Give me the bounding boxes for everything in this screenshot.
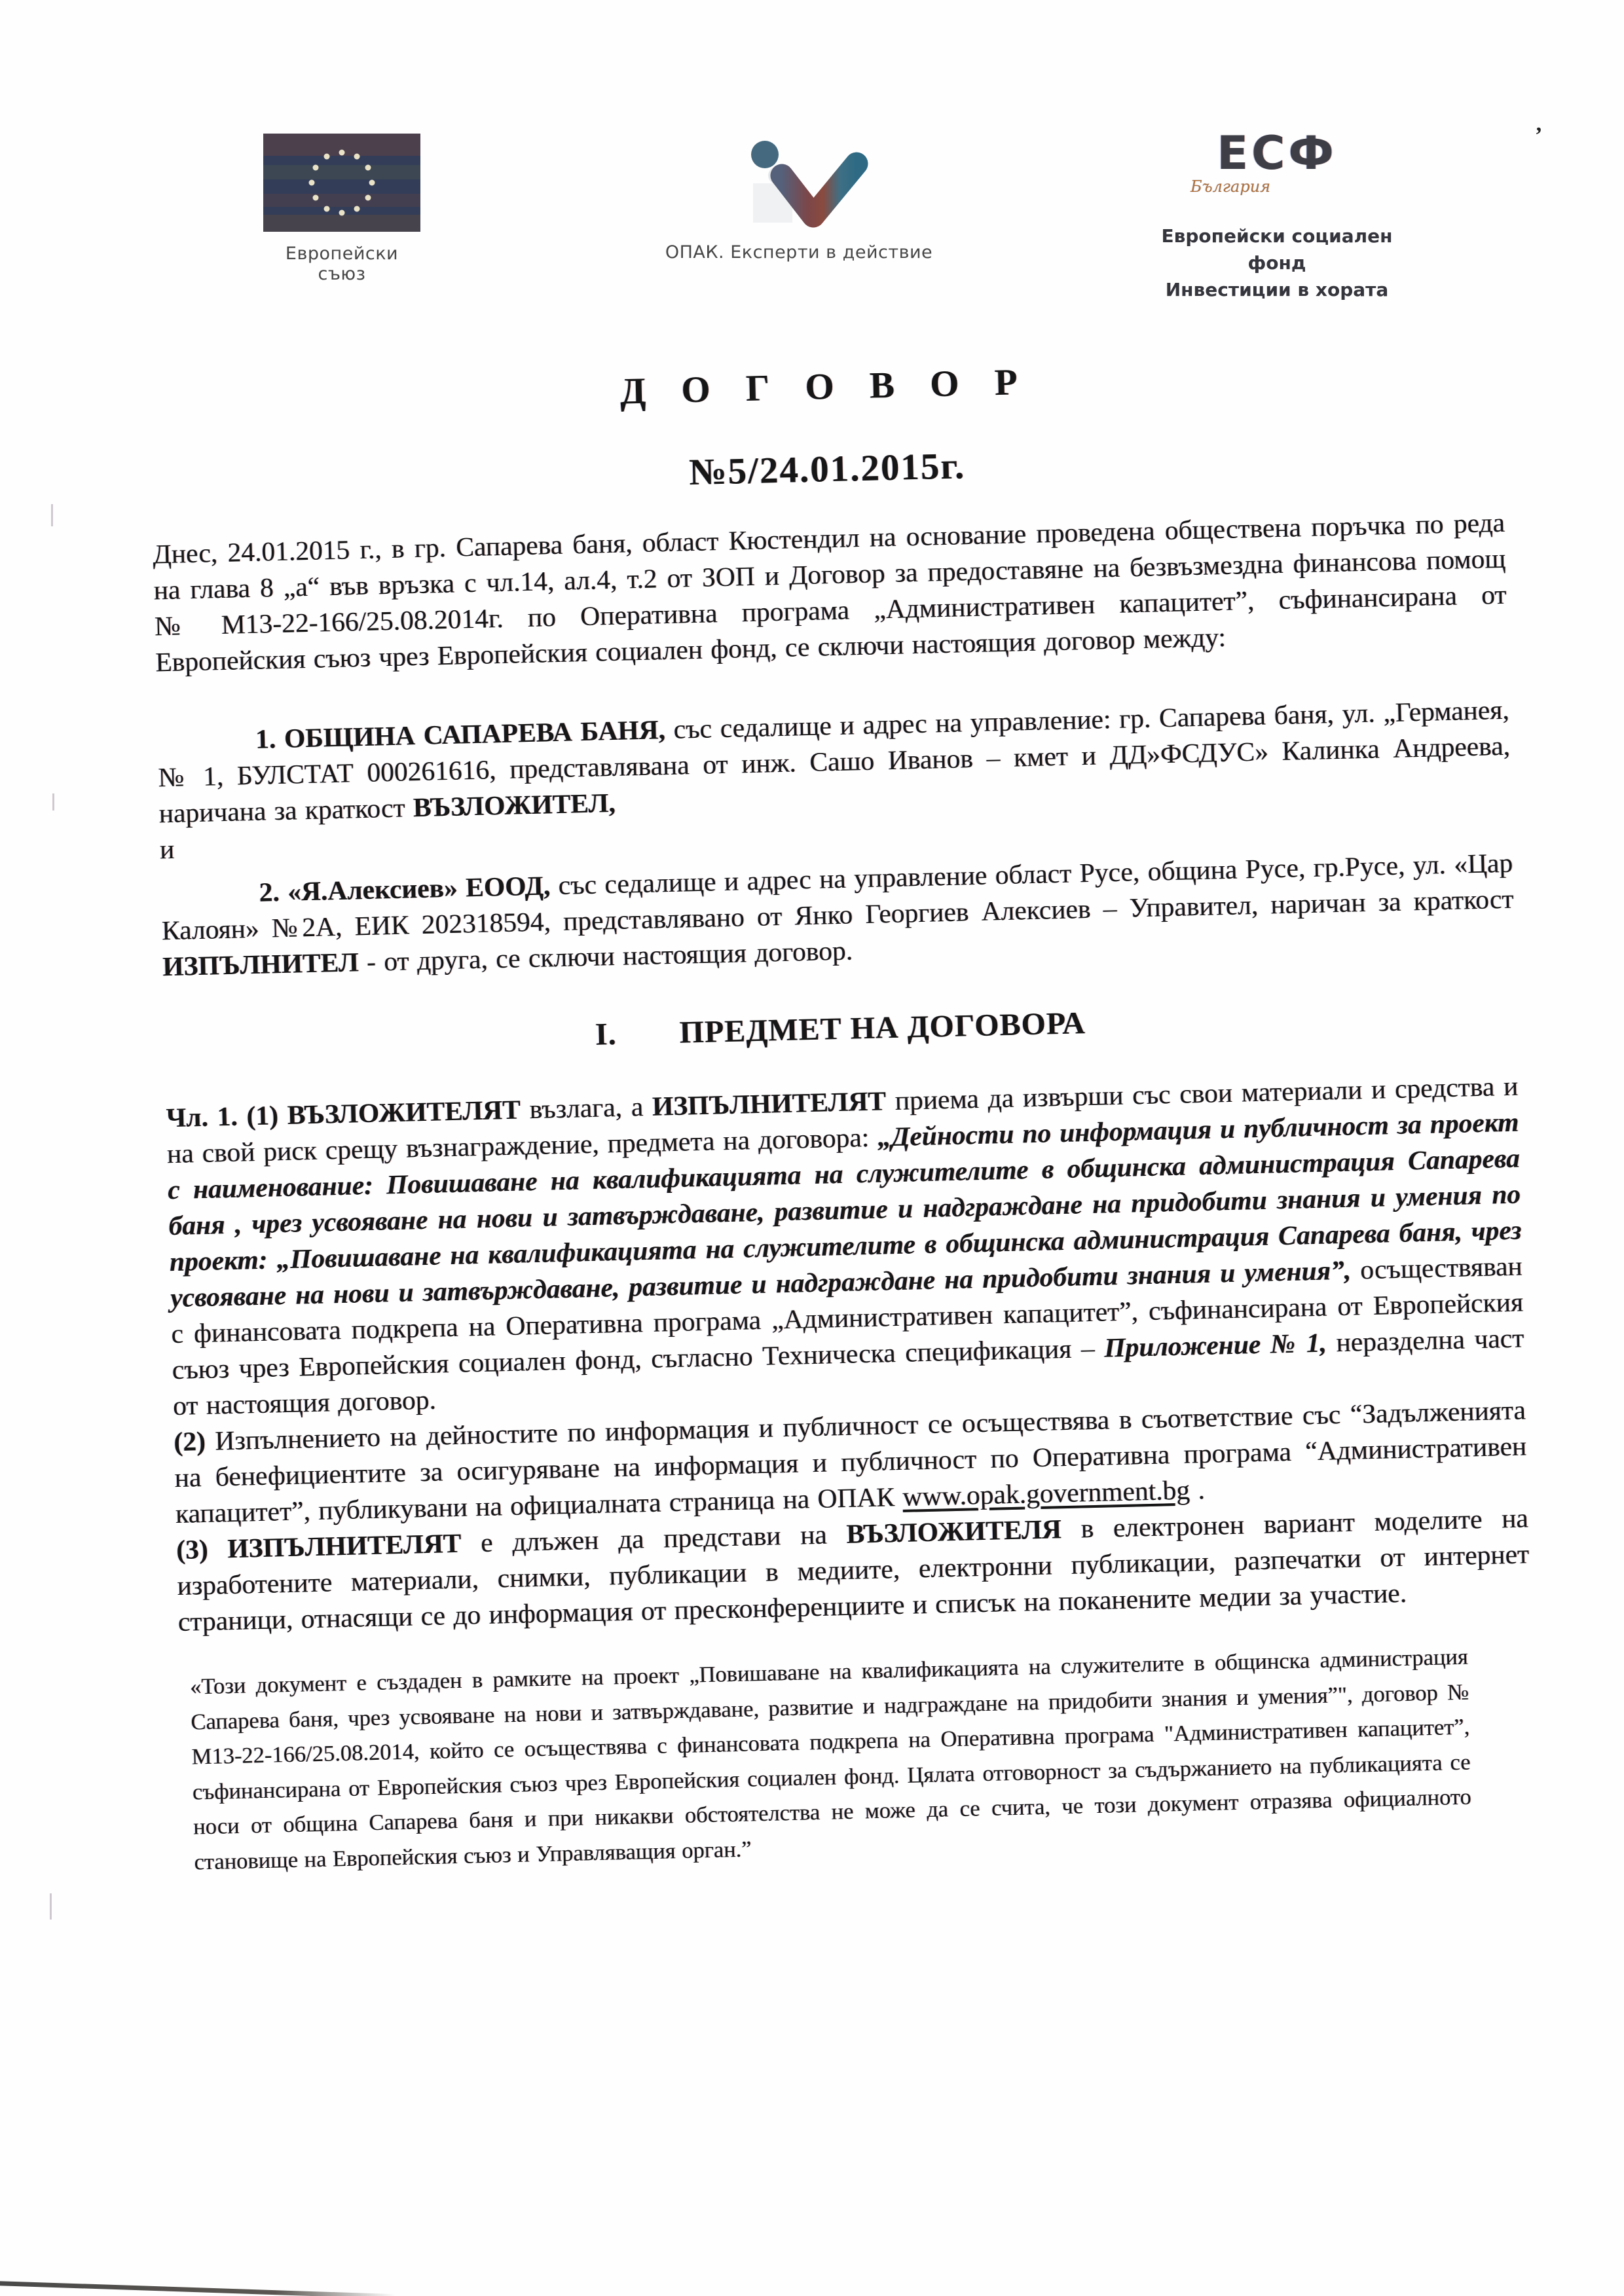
clause-2-number: (2)	[174, 1426, 206, 1457]
scan-edge-artifact	[0, 2281, 396, 2296]
eu-logo: Европейски съюз	[261, 131, 423, 284]
clause-3-lead: (3) ИЗПЪЛНИТЕЛЯТ	[176, 1528, 462, 1565]
scan-speck-left-2	[52, 793, 54, 811]
clause-3-term-vazlozhitelya: ВЪЗЛОЖИТЕЛЯ	[846, 1514, 1061, 1549]
opak-website-url: www.opak.government.bg	[902, 1475, 1190, 1512]
eu-logo-caption: Европейски съюз	[261, 244, 423, 284]
eu-flag-icon	[261, 131, 423, 234]
annex-reference: Приложение № 1,	[1104, 1328, 1327, 1363]
party-2-paragraph: 2. «Я.Алексиев» ЕООД, със седалище и адр…	[160, 845, 1515, 985]
disclaimer-text: «Този документ е създаден в рамките на п…	[190, 1645, 1471, 1874]
clause-2-tail: .	[1189, 1474, 1205, 1505]
logo-row: Европейски съюз ОПАК. Експер	[0, 0, 1624, 301]
esf-caption-line2: Инвестиции в хората	[1139, 276, 1414, 303]
clause-3-run2: е длъжен да представи на	[461, 1519, 847, 1558]
intro-text: Днес, 24.01.2015 г., в гр. Сапарева баня…	[153, 507, 1507, 678]
document-number: №5/24.01.2015г.	[151, 428, 1504, 512]
esf-logo: ЕСФ България Европейски социален фонд Ин…	[1139, 130, 1414, 303]
opak-checkmark-icon	[714, 137, 884, 236]
clause-1-run2: възлага, а	[520, 1091, 652, 1125]
document-title: Д О Г О В О Р	[149, 342, 1502, 432]
esf-country-script: България	[1190, 178, 1414, 195]
contract-body: Д О Г О В О Р №5/24.01.2015г. Днес, 24.0…	[149, 342, 1536, 1880]
clause-1-lead: Чл. 1. (1) ВЪЗЛОЖИТЕЛЯТ	[166, 1094, 521, 1133]
scan-speck-left-1	[51, 504, 53, 526]
intro-paragraph: Днес, 24.01.2015 г., в гр. Сапарева баня…	[153, 505, 1508, 681]
scan-speck-top-right: ’	[1535, 123, 1542, 148]
party-2-name: 2. «Я.Алексиев» ЕООД,	[259, 870, 551, 907]
opak-logo: ОПАК. Експерти в действие	[658, 137, 940, 263]
section-1-heading: I.ПРЕДМЕТ НА ДОГОВОРА	[164, 994, 1517, 1065]
esf-caption-line1: Европейски социален фонд	[1139, 223, 1414, 276]
section-1-numeral: I.	[595, 1017, 617, 1052]
party-2-tail: - от друга, се сключи настоящия договор.	[358, 935, 853, 977]
esf-acronym: ЕСФ	[1139, 130, 1414, 177]
clause-1-term-izpalnitel: ИЗПЪЛНИТЕЛЯТ	[652, 1085, 886, 1121]
esf-captions: Европейски социален фонд Инвестиции в хо…	[1139, 223, 1414, 303]
scanned-contract-page: Европейски съюз ОПАК. Експер	[0, 0, 1624, 2296]
party-1-name: 1. ОБЩИНА САПАРЕВА БАНЯ,	[255, 714, 666, 754]
article-1-clause-1: Чл. 1. (1) ВЪЗЛОЖИТЕЛЯТ възлага, а ИЗПЪЛ…	[166, 1068, 1525, 1425]
project-disclaimer-footnote: «Този документ е създаден в рамките на п…	[190, 1640, 1473, 1880]
scan-speck-left-3	[50, 1893, 52, 1920]
party-2-defined-term: ИЗПЪЛНИТЕЛ	[162, 947, 359, 981]
opak-logo-caption: ОПАК. Експерти в действие	[658, 242, 940, 263]
section-1-title: ПРЕДМЕТ НА ДОГОВОРА	[679, 1006, 1086, 1050]
party-1-defined-term: ВЪЗЛОЖИТЕЛ,	[413, 788, 616, 822]
